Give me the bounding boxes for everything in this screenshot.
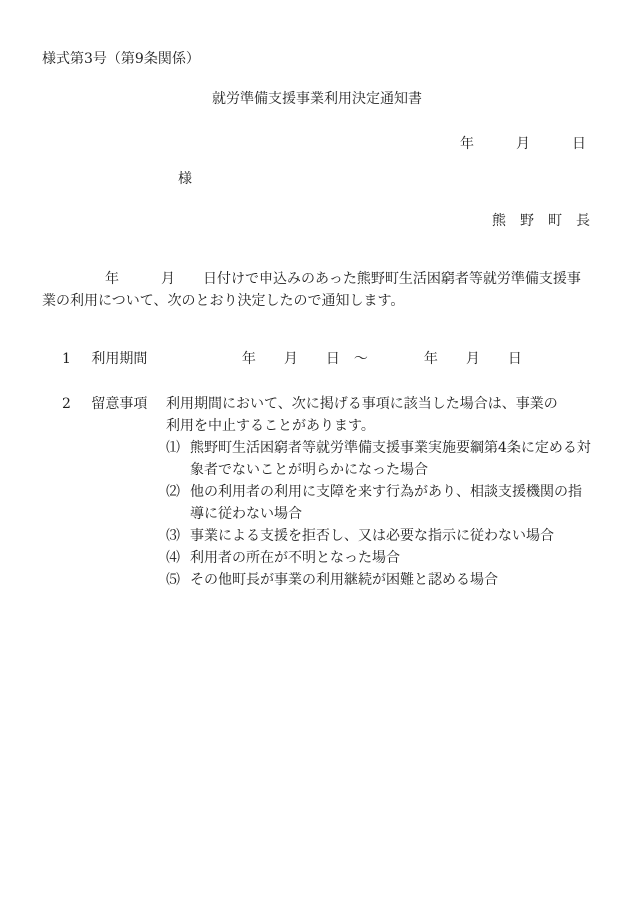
note-sub-item-1: ⑴熊野町生活困窮者等就労準備支援事業実施要綱第4条に定める対象者でないことが明ら… [166,437,592,481]
sender-name: 熊 野 町 長 [42,210,592,232]
issue-date-line: 年 月 日 [42,133,592,155]
body-paragraph-line-1: 年 月 日付けで申込みのあった熊野町生活困窮者等就労準備支援事 [42,268,592,290]
item-notes-label: 留意事項 [91,396,147,412]
note-sub-item-5-text: その他町長が事業の利用継続が困難と認める場合 [190,572,498,588]
item-usage-period-label: 利用期間 [91,351,147,367]
notes-intro-line-1: 利用期間において、次に掲げる事項に該当した場合は、事業の [166,393,592,415]
notes-intro-line-2: 利用を中止することがあります。 [166,415,592,437]
note-sub-item-4-marker: ⑷ [166,547,190,569]
note-sub-item-2-marker: ⑵ [166,481,190,503]
item-notes: 2 留意事項 利用期間において、次に掲げる事項に該当した場合は、事業の 利用を中… [42,393,592,591]
note-sub-item-4-text: 利用者の所在が不明となった場合 [190,550,400,566]
note-sub-item-5: ⑸その他町長が事業の利用継続が困難と認める場合 [166,569,592,591]
note-sub-item-2-text: 他の利用者の利用に支障を来す行為があり、相談支援機関の指導に従わない場合 [190,484,582,522]
note-sub-item-3-marker: ⑶ [166,525,190,547]
note-sub-item-1-marker: ⑴ [166,437,190,459]
addressee-line: 様 [42,168,592,190]
usage-period-date-range: 年 月 日 ～ 年 月 日 [242,351,522,367]
body-paragraph: 年 月 日付けで申込みのあった熊野町生活困窮者等就労準備支援事 業の利用について… [42,268,592,312]
notes-block: 利用期間において、次に掲げる事項に該当した場合は、事業の 利用を中止することがあ… [166,393,592,591]
item-notes-number: 2 [62,396,71,412]
addressee-suffix: 様 [178,171,192,187]
note-sub-item-1-text: 熊野町生活困窮者等就労準備支援事業実施要綱第4条に定める対象者でないことが明らか… [190,440,591,478]
item-usage-period-number: 1 [62,351,71,367]
item-usage-period: 1 利用期間 年 月 日 ～ 年 月 日 [42,348,592,370]
note-sub-item-2: ⑵他の利用者の利用に支障を来す行為があり、相談支援機関の指導に従わない場合 [166,481,592,525]
note-sub-item-3-text: 事業による支援を拒否し、又は必要な指示に従わない場合 [190,528,554,544]
note-sub-item-4: ⑷利用者の所在が不明となった場合 [166,547,592,569]
item-notes-heading: 2 留意事項 [42,393,166,591]
body-paragraph-line-2: 業の利用について、次のとおり決定したので通知します。 [42,290,592,312]
form-number: 様式第3号（第9条関係） [42,48,592,70]
note-sub-item-5-marker: ⑸ [166,569,190,591]
note-sub-item-3: ⑶事業による支援を拒否し、又は必要な指示に従わない場合 [166,525,592,547]
document-title: 就労準備支援事業利用決定通知書 [42,88,592,110]
document-page: 様式第3号（第9条関係） 就労準備支援事業利用決定通知書 年 月 日 様 熊 野… [0,0,630,903]
